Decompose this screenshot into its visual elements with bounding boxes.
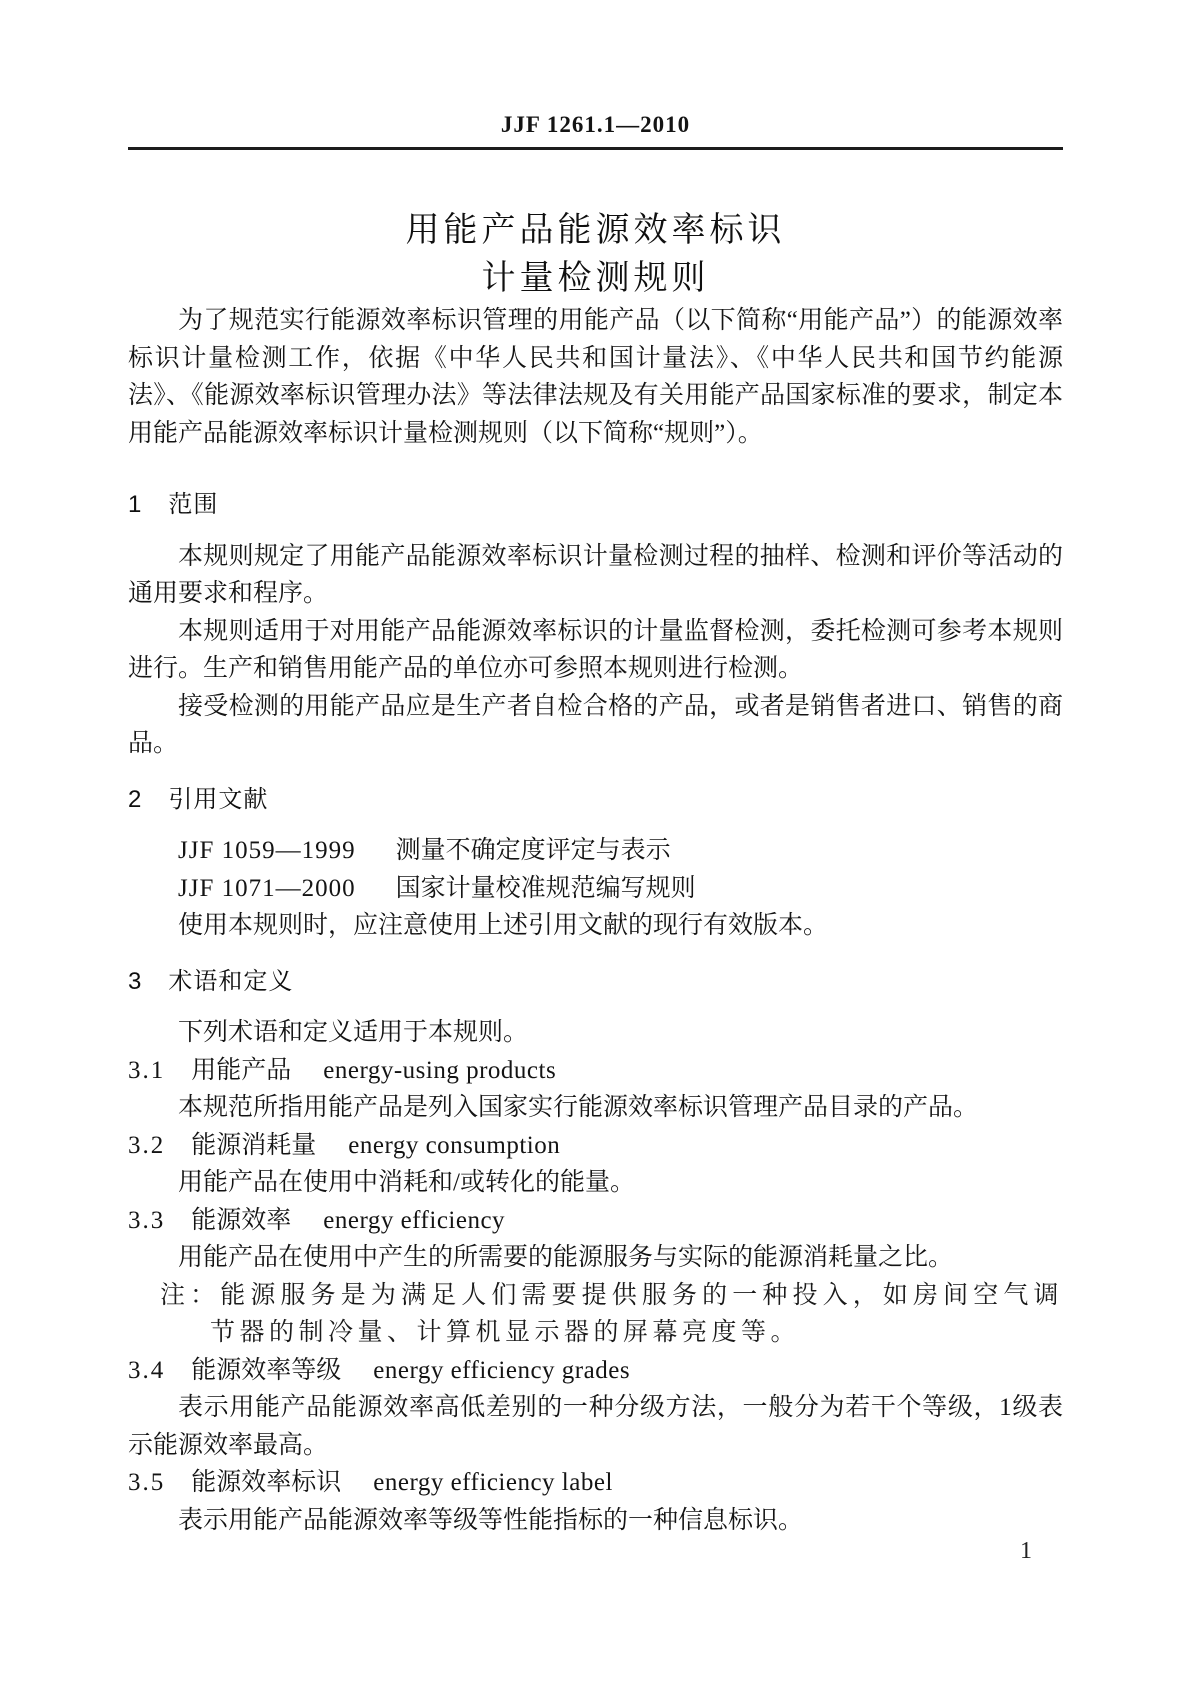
document-page: JJF 1261.1—2010 用能产品能源效率标识 计量检测规则 为了规范实行… bbox=[0, 0, 1191, 1684]
term-heading: 3.5能源效率标识energy efficiency label bbox=[128, 1464, 1063, 1502]
note-text: 能源服务是为满足人们需要提供服务的一种投入，如房间空气调节器的制冷量、计算机显示… bbox=[210, 1282, 1063, 1347]
document-title-line2: 计量检测规则 bbox=[128, 254, 1063, 302]
reference-title: 测量不确定度评定与表示 bbox=[396, 837, 671, 864]
term-zh: 能源消耗量 bbox=[191, 1132, 316, 1159]
section-3-intro: 下列术语和定义适用于本规则。 bbox=[128, 1014, 1063, 1052]
section-1-paragraph: 本规则适用于对用能产品能源效率标识的计量监督检测，委托检测可参考本规则进行。生产… bbox=[128, 613, 1063, 688]
reference-code: JJF 1059—1999 bbox=[178, 837, 356, 864]
section-3-heading: 3术语和定义 bbox=[128, 963, 1063, 1001]
term-en: energy consumption bbox=[348, 1132, 560, 1159]
intro-paragraph: 为了规范实行能源效率标识管理的用能产品（以下简称“用能产品”）的能源效率标识计量… bbox=[128, 302, 1063, 452]
reference-title: 国家计量校准规范编写规则 bbox=[396, 875, 696, 902]
section-1-paragraph: 本规则规定了用能产品能源效率标识计量检测过程的抽样、检测和评价等活动的通用要求和… bbox=[128, 538, 1063, 613]
term-heading: 3.4能源效率等级energy efficiency grades bbox=[128, 1352, 1063, 1390]
term-number: 3.4 bbox=[128, 1357, 165, 1384]
section-1-paragraph: 接受检测的用能产品应是生产者自检合格的产品，或者是销售者进口、销售的商品。 bbox=[128, 688, 1063, 763]
page-number: 1 bbox=[1020, 1536, 1032, 1566]
section-3-number: 3 bbox=[128, 963, 142, 1001]
term-number: 3.2 bbox=[128, 1132, 165, 1159]
term-en: energy efficiency bbox=[323, 1207, 505, 1234]
document-title-line1: 用能产品能源效率标识 bbox=[128, 206, 1063, 254]
section-3-title: 术语和定义 bbox=[168, 968, 293, 995]
term-definition: 表示用能产品能源效率等级等性能指标的一种信息标识。 bbox=[128, 1502, 1063, 1540]
term-number: 3.5 bbox=[128, 1469, 165, 1496]
term-en: energy efficiency label bbox=[373, 1469, 613, 1496]
term-heading: 3.1用能产品energy-using products bbox=[128, 1052, 1063, 1090]
term-zh: 用能产品 bbox=[191, 1057, 291, 1084]
document-body: 为了规范实行能源效率标识管理的用能产品（以下简称“用能产品”）的能源效率标识计量… bbox=[128, 302, 1063, 1539]
term-number: 3.3 bbox=[128, 1207, 165, 1234]
term-en: energy efficiency grades bbox=[373, 1357, 630, 1384]
document-title: 用能产品能源效率标识 计量检测规则 bbox=[128, 206, 1063, 302]
reference-code: JJF 1071—2000 bbox=[178, 875, 356, 902]
term-zh: 能源效率标识 bbox=[191, 1469, 341, 1496]
term-number: 3.1 bbox=[128, 1057, 165, 1084]
term-en: energy-using products bbox=[323, 1057, 556, 1084]
term-definition: 表示用能产品能源效率高低差别的一种分级方法，一般分为若干个等级，1级表示能源效率… bbox=[128, 1389, 1063, 1464]
reference-item: JJF 1071—2000国家计量校准规范编写规则 bbox=[128, 870, 1063, 908]
section-2-number: 2 bbox=[128, 781, 142, 819]
section-1-number: 1 bbox=[128, 486, 142, 524]
term-heading: 3.2能源消耗量energy consumption bbox=[128, 1127, 1063, 1165]
term-zh: 能源效率 bbox=[191, 1207, 291, 1234]
term-zh: 能源效率等级 bbox=[191, 1357, 341, 1384]
header-rule bbox=[128, 147, 1063, 150]
section-2-heading: 2引用文献 bbox=[128, 781, 1063, 819]
term-definition: 用能产品在使用中产生的所需要的能源服务与实际的能源消耗量之比。 bbox=[128, 1239, 1063, 1277]
note-label: 注： bbox=[160, 1282, 220, 1309]
section-2-closing: 使用本规则时，应注意使用上述引用文献的现行有效版本。 bbox=[128, 907, 1063, 945]
term-heading: 3.3能源效率energy efficiency bbox=[128, 1202, 1063, 1240]
section-1-title: 范围 bbox=[168, 491, 218, 518]
term-note: 注：能源服务是为满足人们需要提供服务的一种投入，如房间空气调节器的制冷量、计算机… bbox=[128, 1277, 1063, 1352]
term-definition: 本规范所指用能产品是列入国家实行能源效率标识管理产品目录的产品。 bbox=[128, 1089, 1063, 1127]
section-1-heading: 1范围 bbox=[128, 486, 1063, 524]
section-2-title: 引用文献 bbox=[168, 786, 268, 813]
term-definition: 用能产品在使用中消耗和/或转化的能量。 bbox=[128, 1164, 1063, 1202]
document-code-header: JJF 1261.1—2010 bbox=[128, 112, 1063, 138]
reference-item: JJF 1059—1999测量不确定度评定与表示 bbox=[128, 832, 1063, 870]
